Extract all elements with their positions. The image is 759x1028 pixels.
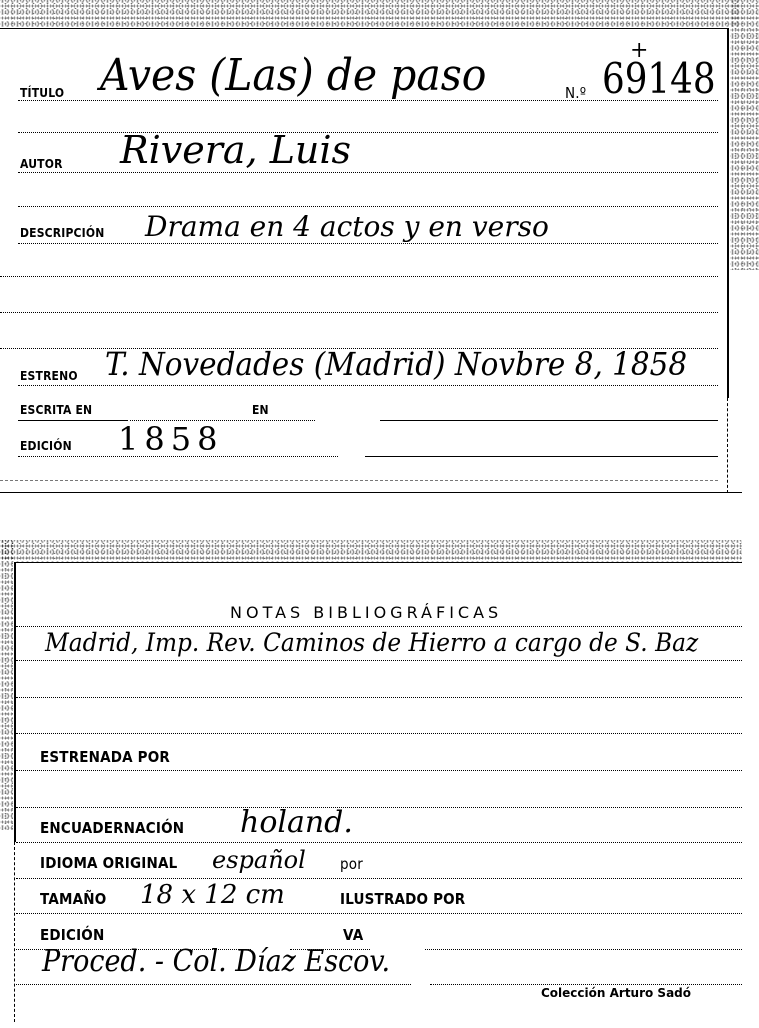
- back-left-border-faint: [14, 842, 15, 1022]
- titulo-value: Aves (Las) de paso: [100, 50, 486, 101]
- encuadernacion-value: holand.: [240, 805, 353, 840]
- rule-blank-2: [0, 312, 718, 313]
- tamano-label: TAMAÑO: [40, 890, 106, 908]
- rule-procedencia-b: [430, 984, 742, 985]
- rule-notas-2: [16, 697, 742, 698]
- rule-descripcion-top: [18, 206, 718, 207]
- rule-blank-back: [16, 807, 742, 808]
- en-label: EN: [252, 403, 269, 417]
- ilustrado-por-label: ILUSTRADO POR: [340, 890, 465, 908]
- catalog-card-front: TÍTULO Aves (Las) de paso N.º + 69148 AU…: [0, 0, 759, 500]
- rule-bottom-faint: [0, 480, 718, 481]
- collection-credit: Colección Arturo Sadó: [541, 986, 691, 1000]
- escrita-en-label: ESCRITA EN: [20, 403, 92, 417]
- estreno-value: T. Novedades (Madrid) Novbre 8, 1858: [105, 345, 687, 383]
- rule-escrita-en-a: [18, 420, 128, 421]
- card-top-border: [0, 28, 728, 29]
- rule-estreno: [18, 385, 718, 386]
- rule-notas-1: [16, 660, 742, 661]
- descripcion-label: DESCRIPCIÓN: [20, 226, 104, 240]
- idioma-original-value: español: [212, 846, 306, 874]
- rule-tamano: [16, 913, 742, 914]
- rule-procedencia-a: [16, 984, 411, 985]
- numero-value: 69148: [602, 54, 716, 103]
- estrenada-por-label: ESTRENADA POR: [40, 748, 170, 766]
- back-edicion-label: EDICIÓN: [40, 926, 104, 944]
- rule-idioma: [16, 878, 742, 879]
- rule-encuadernacion: [16, 842, 742, 843]
- estreno-label: ESTRENO: [20, 369, 78, 383]
- autor-label: AUTOR: [20, 157, 63, 171]
- numero-label: N.º: [565, 84, 586, 102]
- idioma-por-label: por: [340, 855, 363, 873]
- rule-blank-1: [0, 276, 718, 277]
- card-right-border-faint: [727, 398, 728, 493]
- card-bottom-border: [0, 492, 742, 493]
- back-left-border: [14, 562, 16, 842]
- autor-value: Rivera, Luis: [120, 128, 351, 172]
- edicion-value: 1858: [118, 420, 223, 458]
- rule-notas-top: [16, 626, 742, 627]
- rule-autor: [18, 172, 718, 173]
- notas-value: Madrid, Imp. Rev. Caminos de Hierro a ca…: [45, 628, 698, 657]
- rule-escrita-en-c: [380, 420, 718, 421]
- notas-bibliograficas-title: NOTAS BIBLIOGRÁFICAS: [230, 603, 502, 622]
- valor-label: VA: [343, 926, 363, 944]
- titulo-label: TÍTULO: [20, 86, 64, 100]
- edicion-label: EDICIÓN: [20, 439, 72, 453]
- rule-estrenada-por: [16, 770, 742, 771]
- rule-descripcion: [18, 243, 718, 244]
- catalog-card-back: NOTAS BIBLIOGRÁFICAS Madrid, Imp. Rev. C…: [0, 540, 759, 1028]
- back-top-border: [16, 562, 742, 563]
- rule-edicion-b: [365, 456, 718, 457]
- descripcion-value: Drama en 4 actos y en verso: [145, 210, 549, 243]
- card-right-border: [727, 28, 729, 398]
- idioma-original-label: IDIOMA ORIGINAL: [40, 854, 177, 872]
- tamano-value: 18 x 12 cm: [140, 880, 285, 910]
- rule-edicion-back-c: [425, 949, 742, 950]
- rule-notas-3: [16, 733, 742, 734]
- procedencia-value: Proced. - Col. Díaz Escov.: [42, 944, 390, 979]
- encuadernacion-label: ENCUADERNACIÓN: [40, 819, 184, 837]
